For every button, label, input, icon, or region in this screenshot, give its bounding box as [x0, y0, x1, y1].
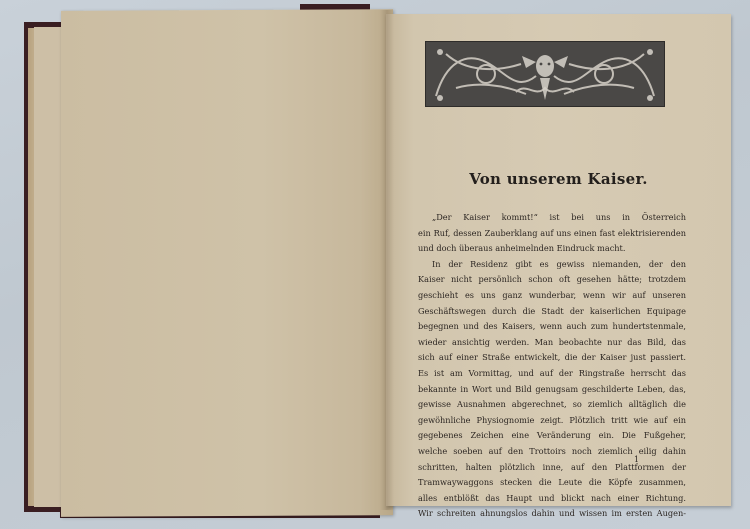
text-line: Tramwaywaggons stecken die Leute die Köp…	[418, 475, 686, 491]
text-line: gewöhnliche Physiognomie zeigt. Plötzlic…	[418, 413, 686, 429]
text-line: geschieht es uns ganz wunderbar, wenn wi…	[418, 288, 686, 304]
text-line: wieder ansichtig werden. Man beobachte n…	[418, 335, 686, 351]
text-line: In der Residenz gibt es gewiss niemanden…	[418, 257, 686, 273]
left-page	[61, 9, 393, 517]
text-line: und doch überaus anheimelnden Eindruck m…	[418, 241, 686, 257]
page-number: 1	[634, 455, 639, 464]
text-line: schritten, halten plötzlich inne, auf de…	[418, 460, 686, 476]
text-line: begegnen und des Kaisers, wenn auch zum …	[418, 319, 686, 335]
text-line: welche soeben auf den Trottoirs noch zie…	[418, 444, 686, 460]
chapter-title: Von unserem Kaiser.	[386, 170, 731, 188]
text-line: gegebenes Zeichen eine Veränderung ein. …	[418, 428, 686, 444]
text-line: bekannte in Wort und Bild genugsam gesch…	[418, 382, 686, 398]
spine-shadow	[380, 10, 394, 510]
text-line: ein Ruf, dessen Zauberklang auf uns eine…	[418, 226, 686, 242]
body-text: „Der Kaiser kommt!“ ist bei uns in Öster…	[418, 210, 686, 522]
ornament-banner-icon	[425, 41, 665, 107]
text-line: Geschäftswegen durch die Stadt der kaise…	[418, 304, 686, 320]
text-line: „Der Kaiser kommt!“ ist bei uns in Öster…	[418, 210, 686, 226]
text-line: Es ist am Vormittag, und auf der Ringstr…	[418, 366, 686, 382]
text-line: alles entblößt das Haupt und blickt nach…	[418, 491, 686, 507]
text-line: Wir schreiten ahnungslos dahin und wisse…	[418, 506, 686, 522]
text-line: gewisse Ausnahmen abgerechnet, so ziemli…	[418, 397, 686, 413]
text-line: sich auf einer Straße entwickelt, die de…	[418, 350, 686, 366]
text-line: Kaiser nicht persönlich schon oft gesehe…	[418, 272, 686, 288]
